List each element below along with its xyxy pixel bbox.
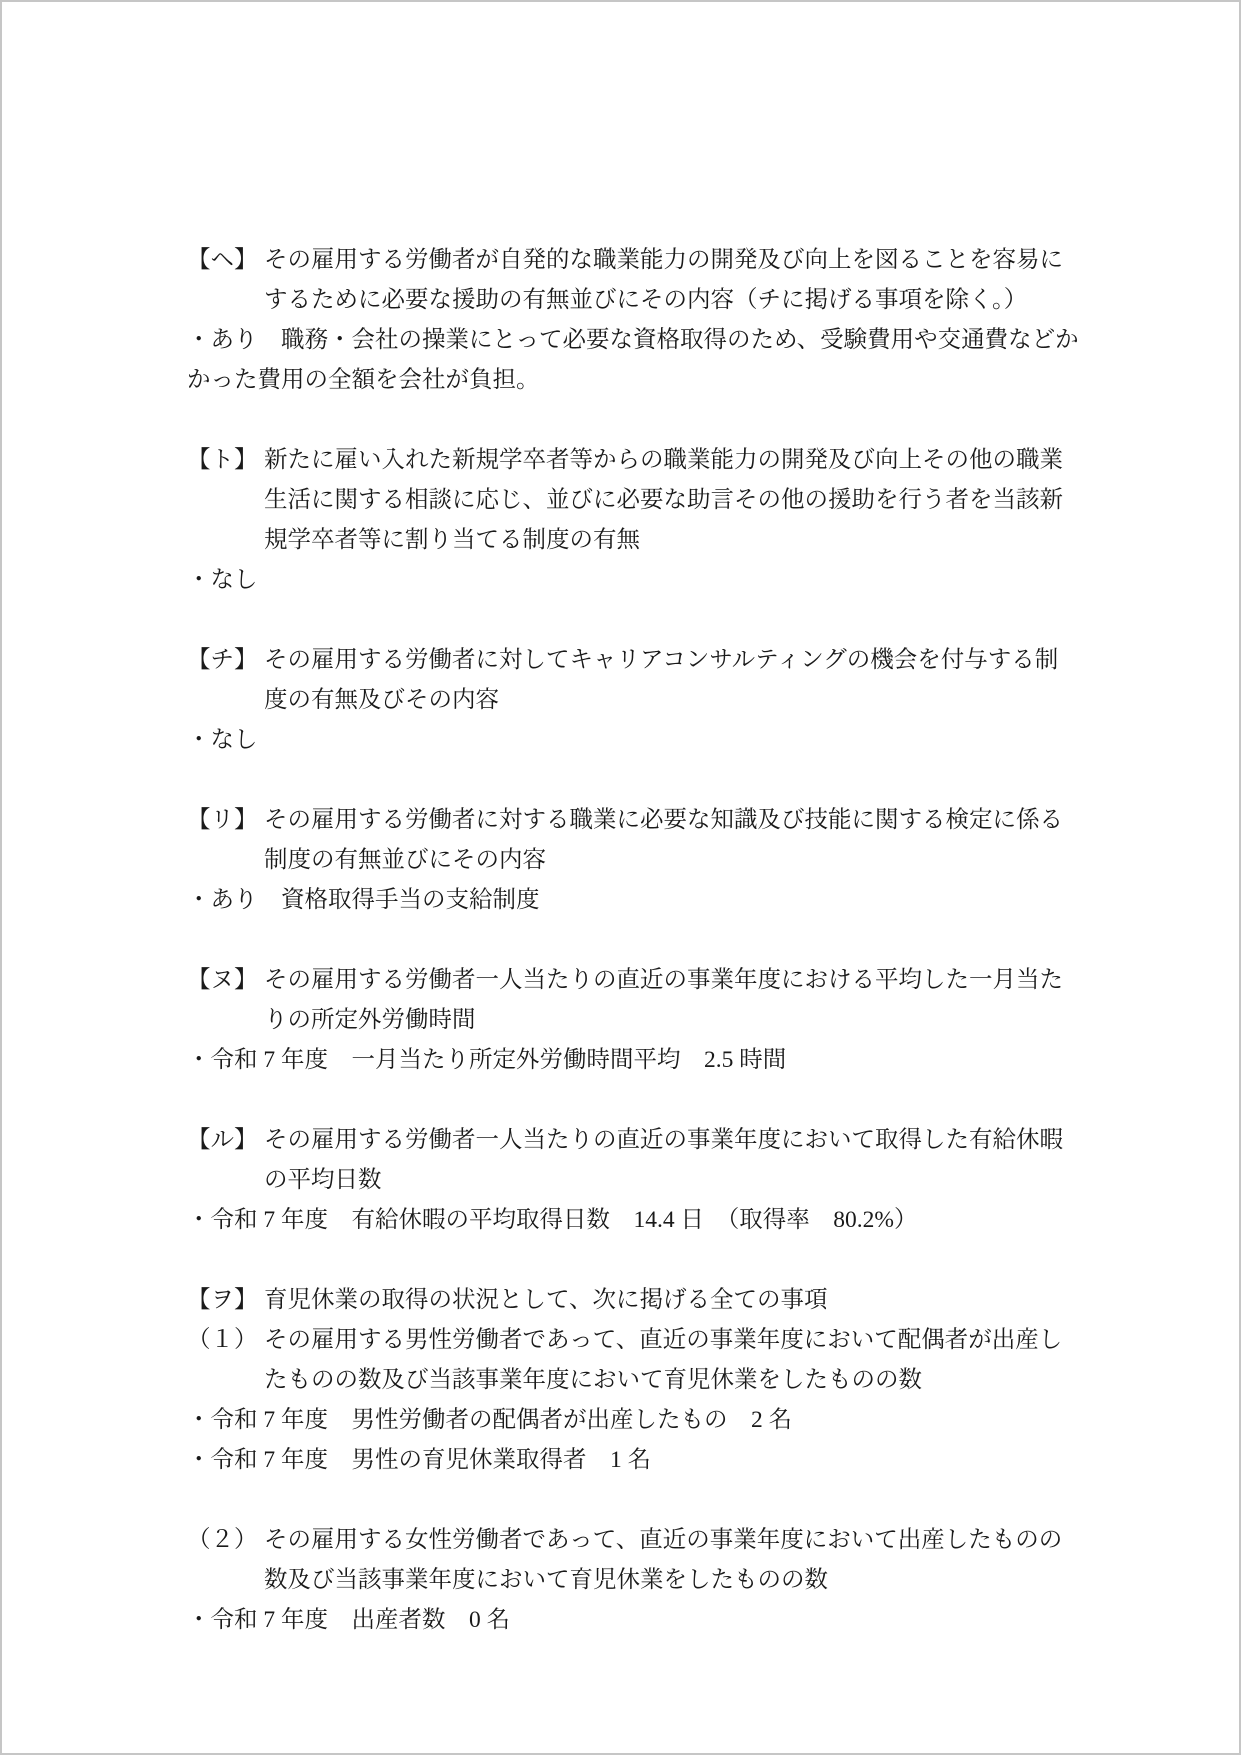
section-ri: 【リ】その雇用する労働者に対する職業に必要な知識及び技能に関する検定に係る制度の…	[187, 800, 1079, 920]
section-heading-text: その雇用する労働者に対してキャリアコンサルティングの機会を付与する制度の有無及び…	[264, 647, 1058, 713]
subsection-heading-text: その雇用する女性労働者であって、直近の事業年度において出産したものの数及び当該事…	[264, 1527, 1062, 1593]
section-ru: 【ル】その雇用する労働者一人当たりの直近の事業年度において取得した有給休暇の平均…	[187, 1120, 1079, 1240]
subsection-heading: （２）その雇用する女性労働者であって、直近の事業年度において出産したものの数及び…	[187, 1520, 1079, 1600]
detail-line: ・令和 7 年度 一月当たり所定外労働時間平均 2.5 時間	[187, 1040, 1079, 1080]
document-content: 【ヘ】その雇用する労働者が自発的な職業能力の開発及び向上を図ることを容易にするた…	[187, 240, 1079, 1640]
subsection-1: （１）その雇用する男性労働者であって、直近の事業年度において配偶者が出産したもの…	[187, 1320, 1079, 1480]
detail-line: ・令和 7 年度 出産者数 0 名	[187, 1600, 1079, 1640]
subsection-heading-text: その雇用する男性労働者であって、直近の事業年度において配偶者が出産したものの数及…	[264, 1327, 1062, 1393]
section-label: 【ト】	[187, 440, 264, 480]
section-label: 【ル】	[187, 1120, 264, 1160]
section-heading-text: その雇用する労働者が自発的な職業能力の開発及び向上を図ることを容易にするために必…	[264, 247, 1063, 313]
section-label: 【ヘ】	[187, 240, 264, 280]
section-heading-text: 新たに雇い入れた新規学卒者等からの職業能力の開発及び向上その他の職業生活に関する…	[264, 447, 1063, 553]
section-label: 【チ】	[187, 640, 264, 680]
detail-line: ・なし	[187, 560, 1079, 600]
section-to: 【ト】新たに雇い入れた新規学卒者等からの職業能力の開発及び向上その他の職業生活に…	[187, 440, 1079, 600]
document-page: 【ヘ】その雇用する労働者が自発的な職業能力の開発及び向上を図ることを容易にするた…	[0, 0, 1241, 1755]
section-heading: 【ヲ】育児休業の取得の状況として、次に掲げる全ての事項	[187, 1280, 1079, 1320]
section-heading-text: その雇用する労働者に対する職業に必要な知識及び技能に関する検定に係る制度の有無並…	[264, 807, 1063, 873]
section-label: 【ヌ】	[187, 960, 264, 1000]
section-nu: 【ヌ】その雇用する労働者一人当たりの直近の事業年度における平均した一月当たりの所…	[187, 960, 1079, 1080]
section-label: 【リ】	[187, 800, 264, 840]
subsection-2: （２）その雇用する女性労働者であって、直近の事業年度において出産したものの数及び…	[187, 1520, 1079, 1640]
detail-line: ・あり 職務・会社の操業にとって必要な資格取得のため、受験費用や交通費などかかっ…	[187, 320, 1079, 400]
section-wo: 【ヲ】育児休業の取得の状況として、次に掲げる全ての事項 （１）その雇用する男性労…	[187, 1280, 1079, 1640]
detail-line: ・あり 資格取得手当の支給制度	[187, 880, 1079, 920]
section-heading: 【チ】その雇用する労働者に対してキャリアコンサルティングの機会を付与する制度の有…	[187, 640, 1079, 720]
subsection-label: （１）	[187, 1320, 264, 1360]
section-heading-text: 育児休業の取得の状況として、次に掲げる全ての事項	[264, 1287, 828, 1313]
subsection-label: （２）	[187, 1520, 264, 1560]
subsection-heading: （１）その雇用する男性労働者であって、直近の事業年度において配偶者が出産したもの…	[187, 1320, 1079, 1400]
section-he: 【ヘ】その雇用する労働者が自発的な職業能力の開発及び向上を図ることを容易にするた…	[187, 240, 1079, 400]
section-heading-text: その雇用する労働者一人当たりの直近の事業年度における平均した一月当たりの所定外労…	[264, 967, 1063, 1033]
section-heading: 【ヌ】その雇用する労働者一人当たりの直近の事業年度における平均した一月当たりの所…	[187, 960, 1079, 1040]
section-heading: 【ル】その雇用する労働者一人当たりの直近の事業年度において取得した有給休暇の平均…	[187, 1120, 1079, 1200]
section-heading: 【ト】新たに雇い入れた新規学卒者等からの職業能力の開発及び向上その他の職業生活に…	[187, 440, 1079, 560]
detail-line: ・令和 7 年度 有給休暇の平均取得日数 14.4 日 （取得率 80.2%）	[187, 1200, 1079, 1240]
detail-line: ・令和 7 年度 男性労働者の配偶者が出産したもの 2 名	[187, 1400, 1079, 1440]
section-heading-text: その雇用する労働者一人当たりの直近の事業年度において取得した有給休暇の平均日数	[264, 1127, 1063, 1193]
section-chi: 【チ】その雇用する労働者に対してキャリアコンサルティングの機会を付与する制度の有…	[187, 640, 1079, 760]
detail-line: ・令和 7 年度 男性の育児休業取得者 1 名	[187, 1440, 1079, 1480]
detail-line: ・なし	[187, 720, 1079, 760]
section-label: 【ヲ】	[187, 1280, 264, 1320]
section-heading: 【リ】その雇用する労働者に対する職業に必要な知識及び技能に関する検定に係る制度の…	[187, 800, 1079, 880]
section-heading: 【ヘ】その雇用する労働者が自発的な職業能力の開発及び向上を図ることを容易にするた…	[187, 240, 1079, 320]
